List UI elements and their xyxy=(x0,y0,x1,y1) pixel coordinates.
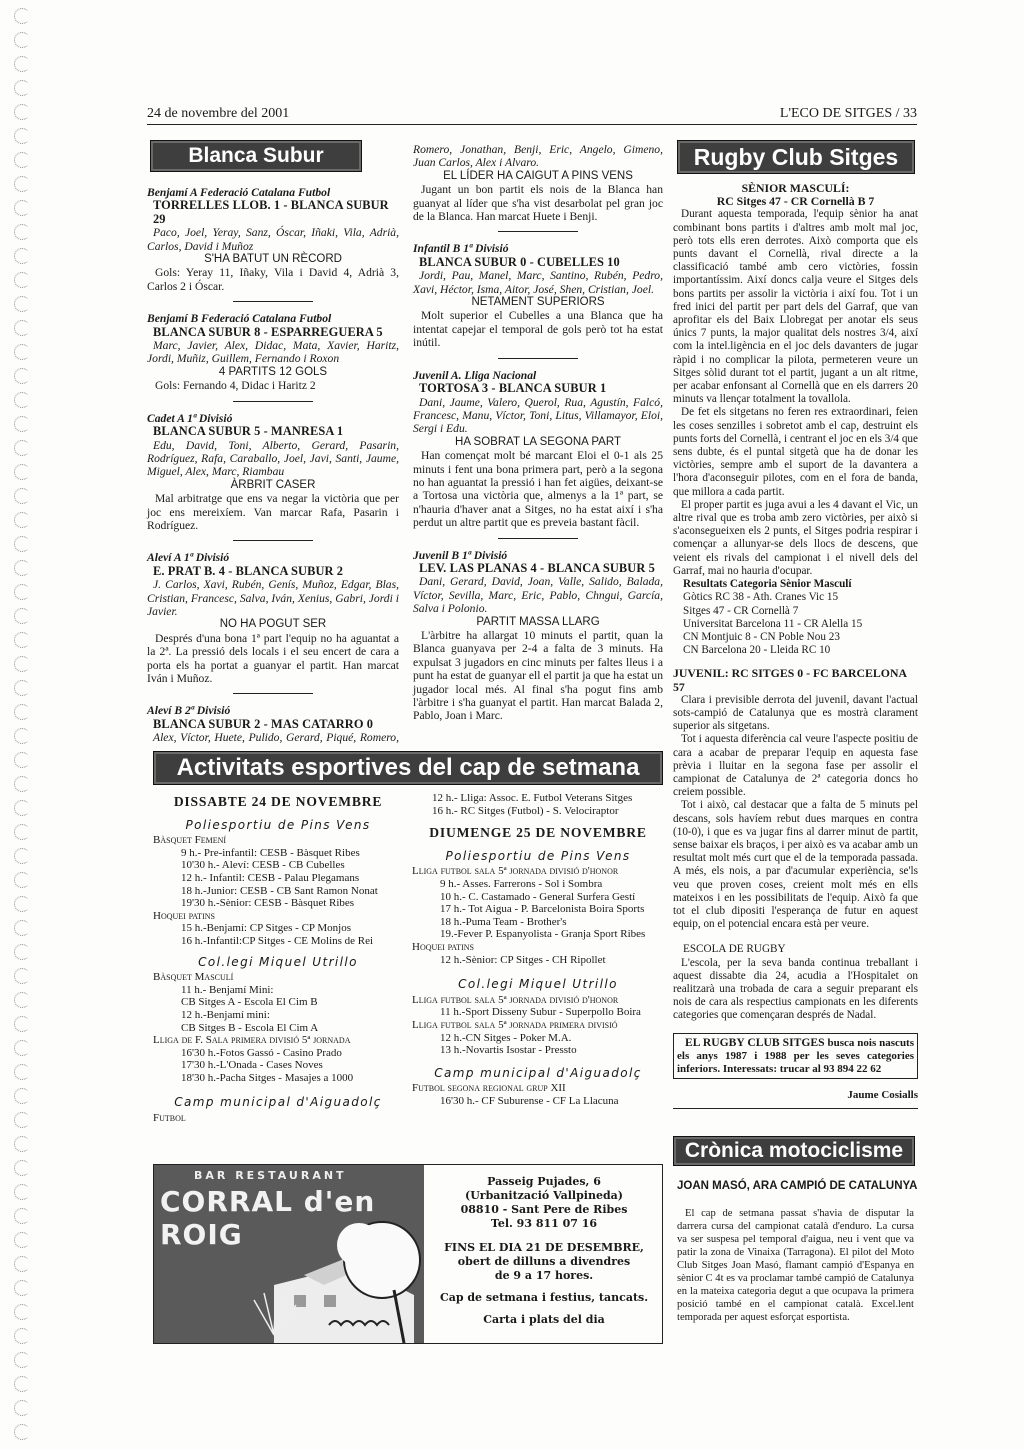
juvenil-paragraph: Tot i això, cal destacar que a falta de … xyxy=(673,799,918,931)
divider xyxy=(673,1108,918,1109)
result-item: CN Montjuic 8 - CN Poble Nou 23 xyxy=(683,631,918,644)
section-banner-moto: Crònica motociclisme xyxy=(673,1136,915,1166)
venue-heading: Col.legi Miquel Utrillo xyxy=(153,956,403,969)
activities-sunday: 12 h.- Lliga: Assoc. E. Futbol Veterans … xyxy=(412,792,664,1107)
sport-heading: Lliga futbol sala 5ª jornada divisió d'h… xyxy=(412,994,664,1007)
match-report: Juvenil A. Lliga Nacional TORTOSA 3 - BL… xyxy=(413,369,663,530)
punch-hole-icon xyxy=(14,872,30,888)
match-body: Han començat molt bé marcant Eloi el 0-1… xyxy=(413,449,663,529)
section-banner-blanca-subur: Blanca Subur xyxy=(150,140,362,172)
match-headline: PARTIT MASSA LLARG xyxy=(413,616,663,629)
sport-heading: Lliga de F. Sala primera divisió 5ª jorn… xyxy=(153,1034,403,1047)
rugby-paragraph: Durant aquesta temporada, l'equip sènior… xyxy=(673,208,918,406)
match-players-continued: Romero, Jonathan, Benji, Eric, Angelo, G… xyxy=(413,143,663,170)
punch-hole-icon xyxy=(14,920,30,936)
punch-hole-icon xyxy=(14,368,30,384)
match-body: Jugant un bon partit els nois de la Blan… xyxy=(413,183,663,223)
punch-hole-icon xyxy=(14,416,30,432)
ad-hours-line: obert de dilluns a divendres xyxy=(426,1255,662,1269)
blanca-subur-column-2: Romero, Jonathan, Benji, Eric, Angelo, G… xyxy=(413,143,663,723)
punch-hole-icon xyxy=(14,752,30,768)
section-banner-rugby: Rugby Club Sitges xyxy=(677,140,915,174)
moto-column: Crònica motociclisme JOAN MASÓ, ARA CAMP… xyxy=(673,1136,918,1324)
schedule-item: 13 h.-Novartis Isostar - Pressto xyxy=(412,1044,664,1057)
schedule-item: 17 h.- Tot Aigua - P. Barcelonista Boira… xyxy=(412,903,664,916)
ad-menu-note: Carta i plats del dia xyxy=(426,1313,662,1327)
punch-hole-icon xyxy=(14,944,30,960)
divider xyxy=(233,401,313,402)
punch-hole-icon xyxy=(14,464,30,480)
punch-hole-icon xyxy=(14,56,30,72)
venue-heading: Camp municipal d'Aiguadolç xyxy=(412,1067,664,1080)
schedule-item: CB Sitges A - Escola El Cim B xyxy=(153,996,403,1009)
match-body: Mal arbitratge que ens va negar la victò… xyxy=(147,492,399,532)
sport-heading: Bàsquet Masculí xyxy=(153,971,403,984)
match-headline: ÀRBRIT CASER xyxy=(147,479,399,492)
day-heading: DIUMENGE 25 DE NOVEMBRE xyxy=(412,827,664,840)
punch-hole-icon xyxy=(14,128,30,144)
match-result: TORRELLES LLOB. 1 - BLANCA SUBUR 29 xyxy=(147,199,399,226)
schedule-item: 12 h.-CN Sitges - Poker M.A. xyxy=(412,1032,664,1045)
match-result: BLANCA SUBUR 0 - CUBELLES 10 xyxy=(413,256,663,269)
punch-hole-icon xyxy=(14,776,30,792)
schedule-item: 17'30 h.-L'Onada - Cases Noves xyxy=(153,1059,403,1072)
senior-result: RC Sitges 47 - CR Cornellà B 7 xyxy=(673,195,918,208)
punch-hole-icon xyxy=(14,1184,30,1200)
schedule-item: 16 h.- RC Sitges (Futbol) - S. Velocirap… xyxy=(412,805,664,818)
match-body: Molt superior el Cubelles a una Blanca q… xyxy=(413,309,663,349)
punch-hole-icon xyxy=(14,1376,30,1392)
schedule-item: 16'30 h.-Fotos Gassó - Casino Prado xyxy=(153,1047,403,1060)
match-report: Aleví B 2ª Divisió BLANCA SUBUR 2 - MAS … xyxy=(147,704,399,745)
match-category: Benjamí B Federació Catalana Futbol xyxy=(147,312,399,325)
divider xyxy=(233,693,313,694)
punch-hole-icon xyxy=(14,800,30,816)
match-report: Benjamí A Federació Catalana Futbol TORR… xyxy=(147,186,399,293)
punch-hole-icon xyxy=(14,680,30,696)
ad-phone: Tel. 93 811 07 16 xyxy=(426,1217,662,1231)
punch-hole-icon xyxy=(14,1040,30,1056)
rugby-paragraph: El proper partit es juga avui a les 4 da… xyxy=(673,499,918,578)
schedule-item: 12 h.- Infantil: CESB - Palau Plegamans xyxy=(153,872,403,885)
match-report: Cadet A 1ª Divisió BLANCA SUBUR 5 - MANR… xyxy=(147,412,399,533)
juvenil-heading: JUVENIL: RC SITGES 0 - FC BARCELONA 57 xyxy=(673,667,918,693)
venue-heading: Poliesportiu de Pins Vens xyxy=(412,850,664,863)
match-players: J. Carlos, Xavi, Rubén, Genís, Muñoz, Ed… xyxy=(147,578,399,618)
punch-hole-icon xyxy=(14,272,30,288)
match-headline: NETAMENT SUPERIORS xyxy=(413,296,663,309)
moto-headline: JOAN MASÓ, ARA CAMPIÓ DE CATALUNYA xyxy=(673,1180,918,1193)
day-heading: DISSABTE 24 DE NOVEMBRE xyxy=(153,796,403,809)
sport-heading: Hoquei patins xyxy=(412,941,664,954)
punch-hole-icon xyxy=(14,728,30,744)
restaurant-ad-details: Passeig Pujades, 6 (Urbanització Vallpin… xyxy=(426,1165,662,1343)
match-category: Aleví B 2ª Divisió xyxy=(147,704,399,717)
section-banner-activitats: Activitats esportives del cap de setmana xyxy=(153,751,663,785)
venue-heading: Camp municipal d'Aiguadolç xyxy=(153,1096,403,1109)
page-header: 24 de novembre del 2001 L'ECO DE SITGES … xyxy=(147,106,917,125)
match-body: Gols: Yeray 11, Iñaky, Vila i David 4, A… xyxy=(147,266,399,293)
match-result: BLANCA SUBUR 2 - MAS CATARRO 0 xyxy=(147,718,399,731)
sport-heading: Lliga futbol sala 5ª jornada primera div… xyxy=(412,1019,664,1032)
punch-hole-icon xyxy=(14,1400,30,1416)
match-headline: EL LÍDER HA CAIGUT A PINS VENS xyxy=(413,170,663,183)
match-players: Dani, Gerard, David, Joan, Valle, Salido… xyxy=(413,575,663,615)
punch-hole-icon xyxy=(14,224,30,240)
results-list: Resultats Categoria Sènior Masculí Gòtic… xyxy=(673,578,918,657)
divider xyxy=(498,358,578,359)
punch-hole-icon xyxy=(14,200,30,216)
punch-hole-icon xyxy=(14,1160,30,1176)
match-report: Aleví A 1ª Divisió E. PRAT B. 4 - BLANCA… xyxy=(147,551,399,685)
result-item: Sitges 47 - CR Cornellà 7 xyxy=(683,605,918,618)
match-result: LEV. LAS PLANAS 4 - BLANCA SUBUR 5 xyxy=(413,562,663,575)
divider xyxy=(233,301,313,302)
match-category: Cadet A 1ª Divisió xyxy=(147,412,399,425)
author-credit: Jaume Cosialls xyxy=(673,1089,918,1102)
match-result: BLANCA SUBUR 8 - ESPARREGUERA 5 xyxy=(147,326,399,339)
match-report: Benjamí B Federació Catalana Futbol BLAN… xyxy=(147,312,399,392)
ad-address-line: Passeig Pujades, 6 xyxy=(426,1175,662,1189)
punch-hole-icon xyxy=(14,848,30,864)
ad-hours-line: FINS EL DIA 21 DE DESEMBRE, xyxy=(426,1241,662,1255)
sport-heading: Bàsquet Femení xyxy=(153,834,403,847)
match-headline: NO HA POGUT SER xyxy=(147,618,399,631)
match-headline: S'HA BATUT UN RÈCORD xyxy=(147,253,399,266)
punch-hole-icon xyxy=(14,152,30,168)
ad-address-line: 08810 - Sant Pere de Ribes xyxy=(426,1203,662,1217)
match-report: Juvenil B 1ª Divisió LEV. LAS PLANAS 4 -… xyxy=(413,549,663,723)
punch-hole-icon xyxy=(14,584,30,600)
punch-hole-icon xyxy=(14,1208,30,1224)
rugby-paragraph: De fet els sitgetans no feren res extrao… xyxy=(673,406,918,498)
match-result: E. PRAT B. 4 - BLANCA SUBUR 2 xyxy=(147,565,399,578)
punch-hole-icon xyxy=(14,440,30,456)
match-category: Juvenil B 1ª Divisió xyxy=(413,549,663,562)
punch-hole-icon xyxy=(14,1424,30,1440)
match-category: Infantil B 1ª Divisió xyxy=(413,242,663,255)
moto-body: El cap de setmana passat s'havia de disp… xyxy=(673,1207,918,1324)
match-category: Aleví A 1ª Divisió xyxy=(147,551,399,564)
schedule-item: 10 h.- C. Castamado - General Surfera Ge… xyxy=(412,891,664,904)
punch-hole-icon xyxy=(14,488,30,504)
escola-heading: ESCOLA DE RUGBY xyxy=(673,943,918,956)
match-players: Marc, Javier, Alex, Didac, Mata, Xavier,… xyxy=(147,339,399,366)
sport-heading: Futbol xyxy=(153,1112,403,1125)
schedule-item: 15 h.-Benjamí: CP Sitges - CP Monjos xyxy=(153,922,403,935)
recruitment-notice: EL RUGBY CLUB SITGES busca nois nascuts … xyxy=(673,1033,918,1080)
punch-hole-icon xyxy=(14,1328,30,1344)
schedule-item: 18 h.-Junior: CESB - CB Sant Ramon Nonat xyxy=(153,885,403,898)
punch-hole-icon xyxy=(14,512,30,528)
punch-hole-icon xyxy=(14,896,30,912)
schedule-item: 18 h.-Puma Team - Brother's xyxy=(412,916,664,929)
divider xyxy=(233,540,313,541)
punch-hole-icon xyxy=(14,1280,30,1296)
notice-lead: EL RUGBY CLUB SITGES xyxy=(677,1036,825,1049)
punch-hole-icon xyxy=(14,704,30,720)
match-result: TORTOSA 3 - BLANCA SUBUR 1 xyxy=(413,382,663,395)
schedule-item: 16 h.-Infantil:CP Sitges - CE Molins de … xyxy=(153,935,403,948)
schedule-item: 11 h.- Benjamí Mini: xyxy=(153,984,403,997)
match-category: Benjamí A Federació Catalana Futbol xyxy=(147,186,399,199)
punch-hole-icon xyxy=(14,344,30,360)
schedule-item: 11 h.-Sport Disseny Subur - Superpollo B… xyxy=(412,1006,664,1019)
results-title: Resultats Categoria Sènior Masculí xyxy=(683,578,918,591)
punch-hole-icon xyxy=(14,536,30,552)
punch-hole-icon xyxy=(14,248,30,264)
punch-hole-icon xyxy=(14,392,30,408)
match-report: Infantil B 1ª Divisió BLANCA SUBUR 0 - C… xyxy=(413,242,663,349)
punch-hole-icon xyxy=(14,104,30,120)
punch-hole-icon xyxy=(14,656,30,672)
escola-body: L'escola, per la seva banda continua tre… xyxy=(673,957,918,1023)
schedule-item: 18'30 h.-Pacha Sitges - Masajes a 1000 xyxy=(153,1072,403,1085)
match-players: Edu, David, Toni, Alberto, Gerard, Pasar… xyxy=(147,439,399,479)
punch-hole-icon xyxy=(14,1136,30,1152)
punch-hole-icon xyxy=(14,1304,30,1320)
punch-hole-icon xyxy=(14,992,30,1008)
match-body: L'àrbitre ha allargat 10 minuts el parti… xyxy=(413,629,663,723)
punch-hole-icon xyxy=(14,608,30,624)
result-item: Universitat Barcelona 11 - CR Alella 15 xyxy=(683,618,918,631)
match-players: Jordi, Pau, Manel, Marc, Santino, Rubén,… xyxy=(413,269,663,296)
schedule-item: 16'30 h.- CF Suburense - CF La Llacuna xyxy=(412,1095,664,1108)
punch-hole-icon xyxy=(14,1352,30,1368)
match-players: Paco, Joel, Yeray, Sanz, Óscar, Iñaki, V… xyxy=(147,226,399,253)
rugby-column: Rugby Club Sitges SÈNIOR MASCULÍ: RC Sit… xyxy=(673,140,918,1109)
punch-hole-icon xyxy=(14,1112,30,1128)
punch-hole-icon xyxy=(14,32,30,48)
punch-hole-icon xyxy=(14,1256,30,1272)
punch-hole-icon xyxy=(14,632,30,648)
sport-heading: Futbol segona regional grup XII xyxy=(412,1082,664,1095)
punch-hole-icon xyxy=(14,824,30,840)
match-body: Després d'una bona 1ª part l'equip no ha… xyxy=(147,632,399,686)
schedule-item: 9 h.- Asses. Farrerons - Sol i Sombra xyxy=(412,878,664,891)
punch-hole-icon xyxy=(14,1064,30,1080)
match-result: BLANCA SUBUR 5 - MANRESA 1 xyxy=(147,425,399,438)
result-item: CN Barcelona 20 - Lleida RC 10 xyxy=(683,644,918,657)
punch-hole-icon xyxy=(14,560,30,576)
juvenil-paragraph: Tot i aquesta diferència cal veure l'asp… xyxy=(673,733,918,799)
ad-closed-note: Cap de setmana i festius, tancats. xyxy=(426,1291,662,1305)
match-headline: HA SOBRAT LA SEGONA PART xyxy=(413,436,663,449)
punch-hole-icon xyxy=(14,1016,30,1032)
divider xyxy=(498,231,578,232)
divider xyxy=(498,538,578,539)
match-players: Dani, Jaume, Valero, Querol, Rua, Agustí… xyxy=(413,396,663,436)
restaurant-ad: BAR RESTAURANT CORRAL d'en ROIG Passeig … xyxy=(153,1164,663,1344)
sport-heading: Hoquei patins xyxy=(153,910,403,923)
issue-date: 24 de novembre del 2001 xyxy=(147,106,289,122)
venue-heading: Poliesportiu de Pins Vens xyxy=(153,819,403,832)
punch-hole-icon xyxy=(14,320,30,336)
schedule-item: 12 h.- Lliga: Assoc. E. Futbol Veterans … xyxy=(412,792,664,805)
ad-address-line: (Urbanització Vallpineda) xyxy=(426,1189,662,1203)
restaurant-logo-illustration: BAR RESTAURANT CORRAL d'en ROIG xyxy=(154,1165,424,1343)
juvenil-paragraph: Clara i previsible derrota del juvenil, … xyxy=(673,694,918,734)
blanca-subur-column-1: Blanca Subur Benjamí A Federació Catalan… xyxy=(147,140,399,745)
schedule-item: 19'30 h.-Sènior: CESB - Bàsquet Ribes xyxy=(153,897,403,910)
activities-saturday: DISSABTE 24 DE NOVEMBRE Poliesportiu de … xyxy=(153,790,403,1125)
punch-hole-icon xyxy=(14,176,30,192)
schedule-item: 10'30 h.- Aleví: CESB - CB Cubelles xyxy=(153,859,403,872)
publication-page: L'ECO DE SITGES / 33 xyxy=(780,106,917,122)
punch-hole-icon xyxy=(14,8,30,24)
match-body: Gols: Fernando 4, Didac i Haritz 2 xyxy=(147,379,399,392)
sport-heading: Lliga futbol sala 5ª jornada divisió d'h… xyxy=(412,865,664,878)
schedule-item: 12 h.-Sènior: CP Sitges - CH Ripollet xyxy=(412,954,664,967)
match-players: Alex, Víctor, Huete, Pulido, Gerard, Piq… xyxy=(147,731,399,745)
result-item: Gòtics RC 38 - Ath. Cranes Vic 15 xyxy=(683,591,918,604)
ad-hours-line: de 9 a 17 hores. xyxy=(426,1269,662,1283)
punch-hole-icon xyxy=(14,296,30,312)
schedule-item: CB Sitges B - Escola El Cim A xyxy=(153,1022,403,1035)
schedule-item: 9 h.- Pre-infantil: CESB - Bàsquet Ribes xyxy=(153,847,403,860)
house-tree-illustration-icon xyxy=(154,1165,424,1343)
match-headline: 4 PARTITS 12 GOLS xyxy=(147,366,399,379)
match-category: Juvenil A. Lliga Nacional xyxy=(413,369,663,382)
punch-hole-icon xyxy=(14,1088,30,1104)
schedule-item: 19.-Fever P. Espanyolista - Granja Sport… xyxy=(412,928,664,941)
schedule-item: 12 h.-Benjamí mini: xyxy=(153,1009,403,1022)
punch-hole-icon xyxy=(14,968,30,984)
punch-hole-icon xyxy=(14,1232,30,1248)
punch-hole-icon xyxy=(14,80,30,96)
venue-heading: Col.legi Miquel Utrillo xyxy=(412,978,664,991)
